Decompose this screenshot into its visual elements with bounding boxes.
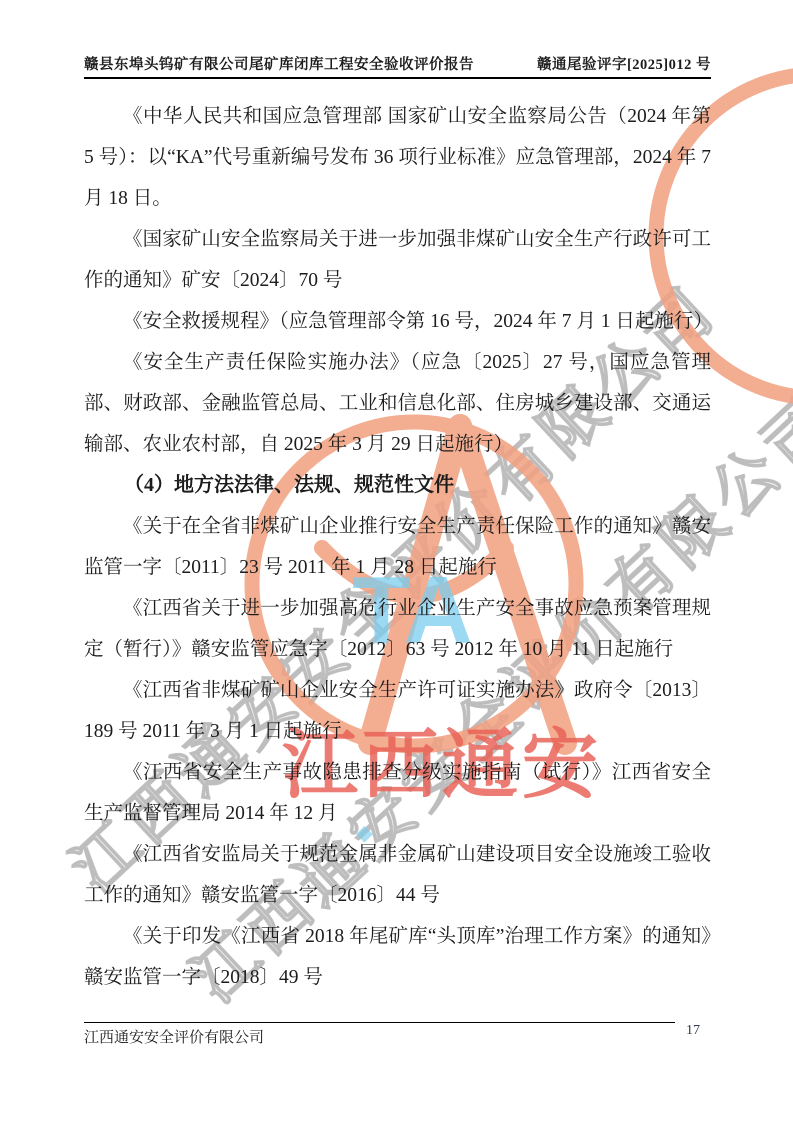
paragraph: 《江西省非煤矿矿山企业安全生产许可证实施办法》政府令〔2013〕189 号 20…: [84, 670, 711, 752]
paragraph: 《关于印发《江西省 2018 年尾矿库“头顶库”治理工作方案》的通知》赣安监管一…: [84, 916, 711, 998]
paragraph: 《江西省安全生产事故隐患排查分级实施指南（试行）》江西省安全生产监督管理局 20…: [84, 752, 711, 834]
header-report-title: 赣县东埠头钨矿有限公司尾矿库闭库工程安全验收评价报告: [84, 53, 474, 74]
page-header: 赣县东埠头钨矿有限公司尾矿库闭库工程安全验收评价报告 赣通尾验评字[2025]0…: [84, 53, 711, 74]
header-rule: [84, 77, 711, 79]
paragraph: 《中华人民共和国应急管理部 国家矿山安全监察局公告（2024 年第 5 号）：以…: [84, 96, 711, 219]
page-number: 17: [686, 1023, 700, 1039]
body-paragraphs: 《中华人民共和国应急管理部 国家矿山安全监察局公告（2024 年第 5 号）：以…: [84, 96, 711, 998]
paragraph: 《关于在全省非煤矿山企业推行安全生产责任保险工作的通知》赣安监管一字〔2011〕…: [84, 506, 711, 588]
paragraph: 《安全生产责任保险实施办法》（应急〔2025〕27 号，国应急管理部、财政部、金…: [84, 342, 711, 465]
paragraph: 《安全救援规程》（应急管理部令第 16 号，2024 年 7 月 1 日起施行）: [84, 301, 711, 342]
document-page: 江西通安安全评价有限公司 江西通安安全评价有限公司 TA ◆ 江西通安 赣县东埠…: [0, 0, 793, 1122]
footer-company-name: 江西通安安全评价有限公司: [84, 1026, 264, 1047]
paragraph: 《国家矿山安全监察局关于进一步加强非煤矿山安全生产行政许可工作的通知》矿安〔20…: [84, 219, 711, 301]
paragraph: 《江西省关于进一步加强高危行业企业生产安全事故应急预案管理规定（暂行）》赣安监管…: [84, 588, 711, 670]
header-doc-number: 赣通尾验评字[2025]012 号: [537, 53, 711, 74]
footer-rule: [84, 1022, 675, 1023]
section-heading: （4）地方法法律、法规、规范性文件: [84, 465, 711, 506]
paragraph: 《江西省安监局关于规范金属非金属矿山建设项目安全设施竣工验收工作的通知》赣安监管…: [84, 834, 711, 916]
